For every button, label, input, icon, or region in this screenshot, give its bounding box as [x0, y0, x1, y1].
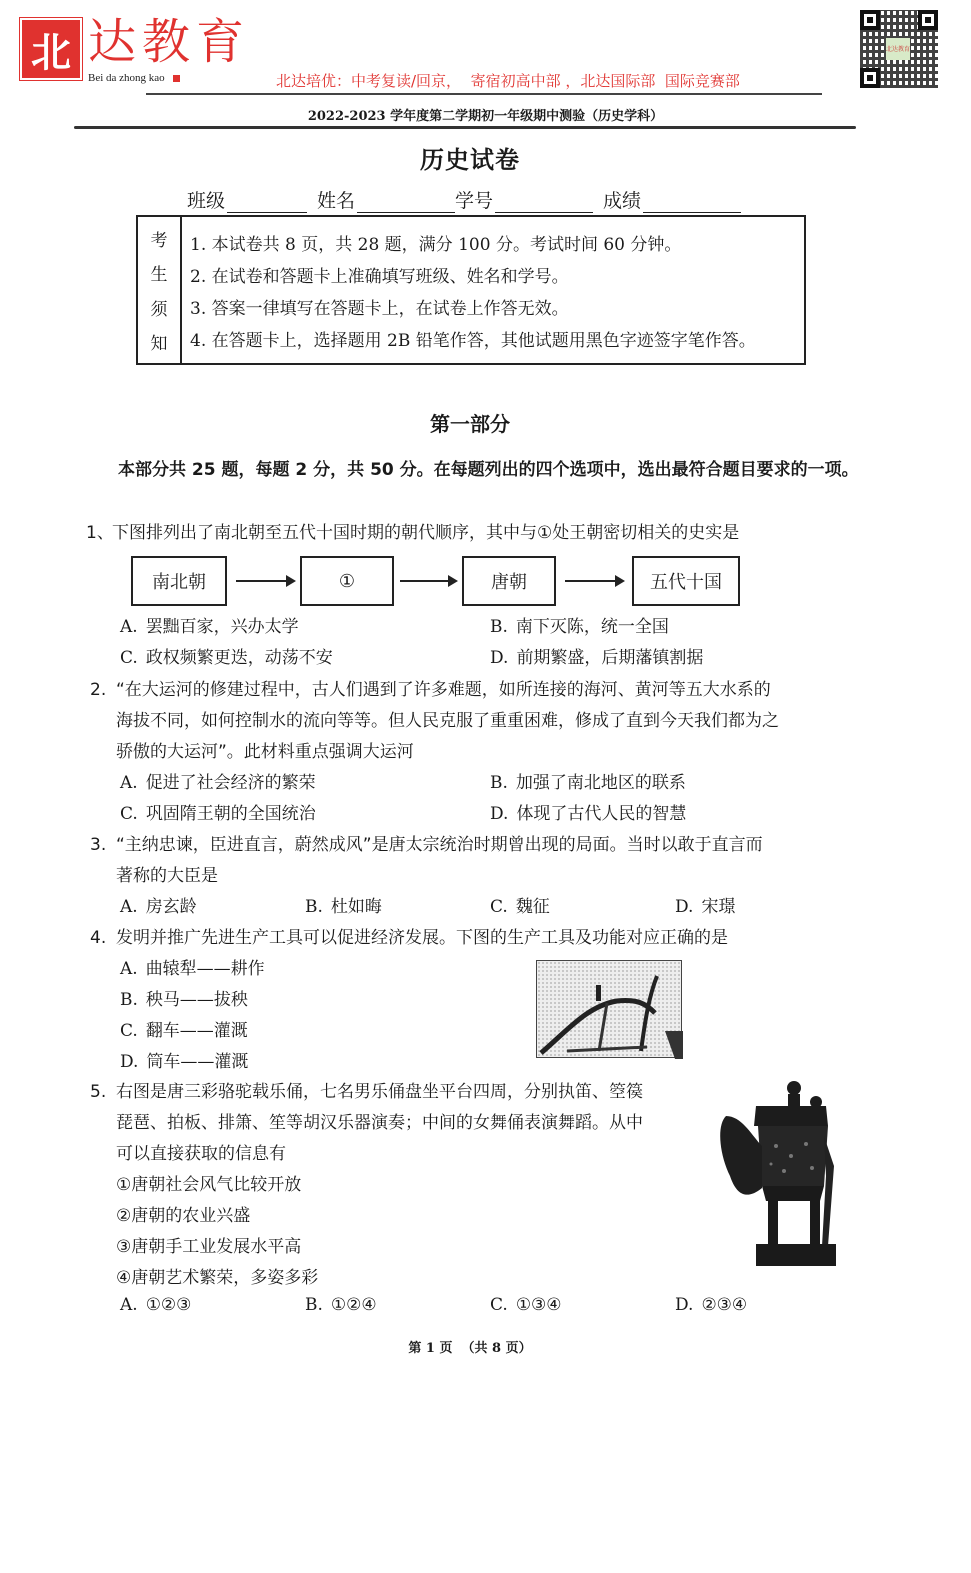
part-title: 第一部分 [0, 408, 940, 437]
option-a[interactable]: A.①②③ [120, 1290, 305, 1321]
option-d[interactable]: D.②③④ [675, 1290, 860, 1321]
arrow-right-icon [565, 580, 623, 582]
arrow-right-icon [236, 580, 294, 582]
statement-2: ②唐朝的农业兴盛 [90, 1201, 730, 1232]
option-d[interactable]: D.体现了古代人民的智慧 [490, 799, 860, 830]
option-a[interactable]: A.促进了社会经济的繁荣 [120, 768, 490, 799]
question-text: 右图是唐三彩骆驼载乐俑，七名男乐俑盘坐平台四周，分别执笛、箜篌 [116, 1082, 643, 1102]
qr-finder-icon [860, 10, 880, 30]
option-c[interactable]: C.政权频繁更迭，动荡不安 [120, 643, 490, 674]
notice-item: 3. 答案一律填写在答题卡上，在试卷上作答无效。 [190, 293, 804, 325]
notice-item: 1. 本试卷共 8 页，共 28 题，满分 100 分。考试时间 60 分钟。 [190, 229, 804, 261]
brand-logo-mark: 北 [22, 20, 80, 78]
notice-item: 4. 在答题卡上，选择题用 2B 铅笔作答，其他试题用黑色字迹签字笔作答。 [190, 325, 804, 357]
notice-item: 2. 在试卷和答题卡上准确填写班级、姓名和学号。 [190, 261, 804, 293]
question-text: 海拔不同，如何控制水的流向等等。但人民克服了重重困难，修成了直到今天我们都为之 [90, 706, 870, 737]
question-number: 5. [90, 1077, 116, 1108]
question-number: 4. [90, 923, 116, 954]
class-label: 班级 [187, 186, 225, 213]
notice-char: 生 [151, 260, 168, 285]
option-b[interactable]: B.杜如晦 [305, 892, 490, 923]
option-d[interactable]: D.前期繁盛，后期藩镇割据 [490, 643, 860, 674]
exam-subtitle: 2022-2023 学年度第二学期初一年级期中测验（历史学科） [0, 105, 971, 124]
plow-icon [537, 961, 683, 1059]
name-label: 姓名 [317, 186, 355, 213]
brand-subtitle-text: Bei da zhong kao [88, 72, 165, 84]
class-field[interactable] [227, 191, 307, 213]
camel-figurine-icon [716, 1076, 836, 1266]
header-divider [146, 93, 822, 95]
option-b[interactable]: B.①②④ [305, 1290, 490, 1321]
question-text: 发明并推广先进生产工具可以促进经济发展。下图的生产工具及功能对应正确的是 [116, 928, 728, 948]
name-field[interactable] [357, 191, 455, 213]
option-b[interactable]: B.加强了南北地区的联系 [490, 768, 860, 799]
question-text: 著称的大臣是 [90, 861, 870, 892]
question-3: 3.“主纳忠谏，臣进直言，蔚然成风”是唐太宗统治时期曾出现的局面。当时以敢于直言… [90, 830, 870, 923]
notice-char: 须 [151, 295, 168, 320]
tang-sancai-camel-figurine [716, 1076, 836, 1266]
brand-logo-name: 达教育 [88, 14, 250, 70]
question-text: 琵琶、拍板、排箫、笙等胡汉乐器演奏；中间的女舞俑表演舞蹈。从中 [90, 1108, 730, 1139]
option-d[interactable]: D.宋璟 [675, 892, 860, 923]
brand-logo-subtitle: Bei da zhong kao [88, 72, 180, 84]
part-instructions: 本部分共 25 题，每题 2 分，共 50 分。在每题列出的四个选项中，选出最符… [86, 455, 866, 486]
question-number: 2. [90, 675, 116, 706]
statement-1: ①唐朝社会风气比较开放 [90, 1170, 730, 1201]
question-text: 可以直接获取的信息有 [90, 1139, 730, 1170]
page-number: 第 1 页 （共 8 页） [0, 1337, 940, 1356]
statement-3: ③唐朝手工业发展水平高 [90, 1232, 730, 1263]
qr-center-logo: 北达教育 [886, 38, 910, 60]
question-5: 5.右图是唐三彩骆驼载乐俑，七名男乐俑盘坐平台四周，分别执笛、箜篌 琵琶、拍板、… [90, 1077, 730, 1294]
notice-char: 考 [151, 226, 168, 251]
question-5-options: A.①②③ B.①②④ C.①③④ D.②③④ [90, 1290, 870, 1321]
option-c[interactable]: C.翻车——灌溉 [90, 1016, 870, 1047]
option-d[interactable]: D.筒车——灌溉 [90, 1047, 870, 1078]
flow-box: ① [300, 556, 394, 606]
flow-box: 唐朝 [462, 556, 556, 606]
option-b[interactable]: B.南下灭陈，统一全国 [490, 612, 860, 643]
exam-title: 历史试卷 [0, 140, 940, 175]
option-c[interactable]: C.魏征 [490, 892, 675, 923]
question-1-stem: 1、下图排列出了南北朝至五代十国时期的朝代顺序，其中与①处王朝密切相关的史实是 [86, 518, 866, 549]
option-b[interactable]: B.秧马——拔秧 [90, 985, 870, 1016]
option-a[interactable]: A.罢黜百家，兴办太学 [120, 612, 490, 643]
notice-side-label: 考 生 须 知 [138, 217, 182, 363]
option-a[interactable]: A.曲辕犁——耕作 [90, 954, 870, 985]
option-c[interactable]: C.巩固隋王朝的全国统治 [120, 799, 490, 830]
question-2: 2.“在大运河的修建过程中，古人们遇到了许多难题，如所连接的海河、黄河等五大水系… [90, 675, 870, 830]
question-text: “在大运河的修建过程中，古人们遇到了许多难题，如所连接的海河、黄河等五大水系的 [116, 680, 771, 700]
score-label: 成绩 [603, 186, 641, 213]
student-info-row: 班级 姓名 学号 成绩 [187, 186, 751, 213]
qr-finder-icon [860, 68, 880, 88]
notice-list: 1. 本试卷共 8 页，共 28 题，满分 100 分。考试时间 60 分钟。 … [182, 217, 804, 363]
question-4: 4.发明并推广先进生产工具可以促进经济发展。下图的生产工具及功能对应正确的是 A… [90, 923, 870, 1078]
exam-notice-box: 考 生 须 知 1. 本试卷共 8 页，共 28 题，满分 100 分。考试时间… [136, 215, 806, 365]
plow-illustration [536, 960, 682, 1058]
question-text: 骄傲的大运河”。此材料重点强调大运河 [90, 737, 870, 768]
student-id-field[interactable] [495, 191, 593, 213]
brand-slogan: 北达培优：中考复读/回京， 寄宿初高中部 ，北达国际部 国际竞赛部 [276, 70, 740, 91]
score-field[interactable] [643, 191, 741, 213]
question-number: 1、 [86, 518, 112, 549]
question-1-options: A.罢黜百家，兴办太学 B.南下灭陈，统一全国 C.政权频繁更迭，动荡不安 D.… [90, 612, 870, 674]
flow-box: 五代十国 [632, 556, 740, 606]
question-text: “主纳忠谏，臣进直言，蔚然成风”是唐太宗统治时期曾出现的局面。当时以敢于直言而 [116, 835, 763, 855]
notice-char: 知 [151, 329, 168, 354]
option-c[interactable]: C.①③④ [490, 1290, 675, 1321]
red-square-icon [173, 75, 180, 82]
flow-box: 南北朝 [131, 556, 227, 606]
student-id-label: 学号 [455, 186, 493, 213]
exam-divider [74, 126, 856, 129]
arrow-right-icon [400, 580, 456, 582]
option-a[interactable]: A.房玄龄 [120, 892, 305, 923]
question-text: 下图排列出了南北朝至五代十国时期的朝代顺序，其中与①处王朝密切相关的史实是 [112, 523, 739, 543]
question-number: 3. [90, 830, 116, 861]
qr-finder-icon [918, 10, 938, 30]
